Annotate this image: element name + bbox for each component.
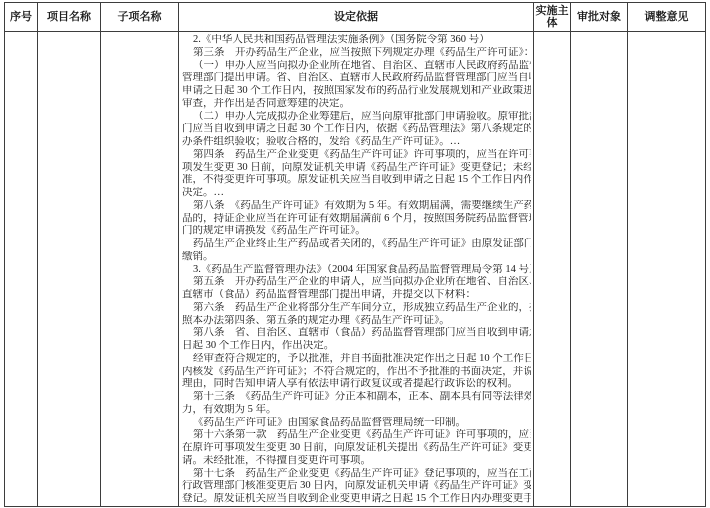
column-header-approval-target: 审批对象 bbox=[571, 3, 628, 32]
table-row: 2.《中华人民共和国药品管理法实施条例》（国务院令第 360 号）第三条 开办药… bbox=[5, 32, 706, 507]
column-header-implementer: 实施主体 bbox=[534, 3, 571, 32]
column-header-setting-basis: 设定依据 bbox=[179, 3, 534, 32]
cell-approval-target bbox=[571, 32, 628, 507]
text-line: 第八条 省、自治区、直辖市（食品）药品监督管理部门应当自收到申请之 bbox=[182, 327, 531, 340]
text-line: （二）申办人完成拟办企业筹建后，应当向原审批部门申请验收。原审批部 bbox=[182, 111, 531, 124]
text-line: 第八条 《药品生产许可证》有效期为 5 年。有效期届满，需要继续生产药 bbox=[182, 200, 531, 213]
text-line: 第六条 药品生产企业将部分生产车间分立，形成独立药品生产企业的，按 bbox=[182, 302, 531, 315]
text-line: 照本办法第四条、第五条的规定办理《药品生产许可证》。 bbox=[182, 315, 531, 328]
text-line: 在原许可事项发生变更 30 日前，向原发证机关提出《药品生产许可证》变更申 bbox=[182, 442, 531, 455]
cell-project-name bbox=[38, 32, 101, 507]
text-line: 内核发《药品生产许可证》；不符合规定的，作出不予批准的书面决定，并说明 bbox=[182, 366, 531, 379]
text-line: 管理部门提出申请。省、自治区、直辖市人民政府药品监督管理部门应当自收到 bbox=[182, 72, 531, 85]
text-line: 门的规定申请换发《药品生产许可证》。 bbox=[182, 225, 531, 238]
text-line: 第五条 开办药品生产企业的申请人，应当向拟办企业所在地省、自治区、 bbox=[182, 276, 531, 289]
header-row: 序号 项目名称 子项名称 设定依据 实施主体 审批对象 调整意见 bbox=[5, 3, 706, 32]
text-line: 第十三条 《药品生产许可证》分正本和副本，正本、副本具有同等法律效 bbox=[182, 391, 531, 404]
setting-basis-text: 2.《中华人民共和国药品管理法实施条例》（国务院令第 360 号）第三条 开办药… bbox=[179, 32, 533, 506]
text-line: 第四条 药品生产企业变更《药品生产许可证》许可事项的，应当在许可事 bbox=[182, 149, 531, 162]
text-line: 经审查符合规定的，予以批准，并自书面批准决定作出之日起 10 个工作日 bbox=[182, 353, 531, 366]
text-line: （一）申办人应当向拟办企业所在地省、自治区、直辖市人民政府药品监督 bbox=[182, 60, 531, 73]
text-line: 力，有效期为 5 年。 bbox=[182, 404, 531, 417]
text-line: 审查，并作出是否同意筹建的决定。 bbox=[182, 98, 531, 111]
page-root: { "colors": { "background": "#ffffff", "… bbox=[0, 0, 710, 508]
text-line: 2.《中华人民共和国药品管理法实施条例》（国务院令第 360 号） bbox=[182, 34, 531, 47]
column-header-subitem-name: 子项名称 bbox=[101, 3, 179, 32]
regulation-table: 序号 项目名称 子项名称 设定依据 实施主体 审批对象 调整意见 2.《中华人民… bbox=[4, 2, 706, 507]
text-line: 药品生产企业终止生产药品或者关闭的，《药品生产许可证》由原发证部门 bbox=[182, 238, 531, 251]
text-line: 直辖市（食品）药品监督管理部门提出申请，并提交以下材料： bbox=[182, 289, 531, 302]
text-line: 行政管理部门核准变更后 30 日内，向原发证机关申请《药品生产许可证》变更 bbox=[182, 480, 531, 493]
text-line: 项发生变更 30 日前，向原发证机关申请《药品生产许可证》变更登记；未经批 bbox=[182, 162, 531, 175]
text-line: 理由，同时告知申请人享有依法申请行政复议或者提起行政诉讼的权利。 bbox=[182, 378, 531, 391]
cell-adjustment-opinion bbox=[628, 32, 706, 507]
text-line: 品的，持证企业应当在许可证有效期届满前 6 个月，按照国务院药品监督管理部 bbox=[182, 213, 531, 226]
text-line: 3.《药品生产监督管理办法》（2004 年国家食品药品监督管理局令第 14 号） bbox=[182, 264, 531, 277]
cell-implementer bbox=[534, 32, 571, 507]
text-line: 准，不得变更许可事项。原发证机关应当自收到申请之日起 15 个工作日内作出 bbox=[182, 174, 531, 187]
text-line: 申请之日起 30 个工作日内，按照国家发布的药品行业发展规划和产业政策进行 bbox=[182, 85, 531, 98]
text-line: 第三条 开办药品生产企业，应当按照下列规定办理《药品生产许可证》： bbox=[182, 47, 531, 60]
text-line: 门应当自收到申请之日起 30 个工作日内，依据《药品管理法》第八条规定的开 bbox=[182, 123, 531, 136]
cell-seq bbox=[5, 32, 38, 507]
column-header-seq: 序号 bbox=[5, 3, 38, 32]
text-line: 缴销。 bbox=[182, 251, 531, 264]
text-line: 决定。… bbox=[182, 187, 531, 200]
text-line: 登记。原发证机关应当自收到企业变更申请之日起 15 个工作日内办理变更手续。 bbox=[182, 493, 531, 506]
text-line: 第十六条第一款 药品生产企业变更《药品生产许可证》许可事项的，应当 bbox=[182, 429, 531, 442]
cell-subitem-name bbox=[101, 32, 179, 507]
text-line: 办条件组织验收；验收合格的，发给《药品生产许可证》。… bbox=[182, 136, 531, 149]
text-line: 请。未经批准，不得擅自变更许可事项。 bbox=[182, 455, 531, 468]
text-line: 第十七条 药品生产企业变更《药品生产许可证》登记事项的，应当在工商 bbox=[182, 468, 531, 481]
column-header-project-name: 项目名称 bbox=[38, 3, 101, 32]
cell-setting-basis: 2.《中华人民共和国药品管理法实施条例》（国务院令第 360 号）第三条 开办药… bbox=[179, 32, 534, 507]
text-line: 《药品生产许可证》由国家食品药品监督管理局统一印制。 bbox=[182, 417, 531, 430]
text-line: 日起 30 个工作日内，作出决定。 bbox=[182, 340, 531, 353]
column-header-adjustment-opinion: 调整意见 bbox=[628, 3, 706, 32]
